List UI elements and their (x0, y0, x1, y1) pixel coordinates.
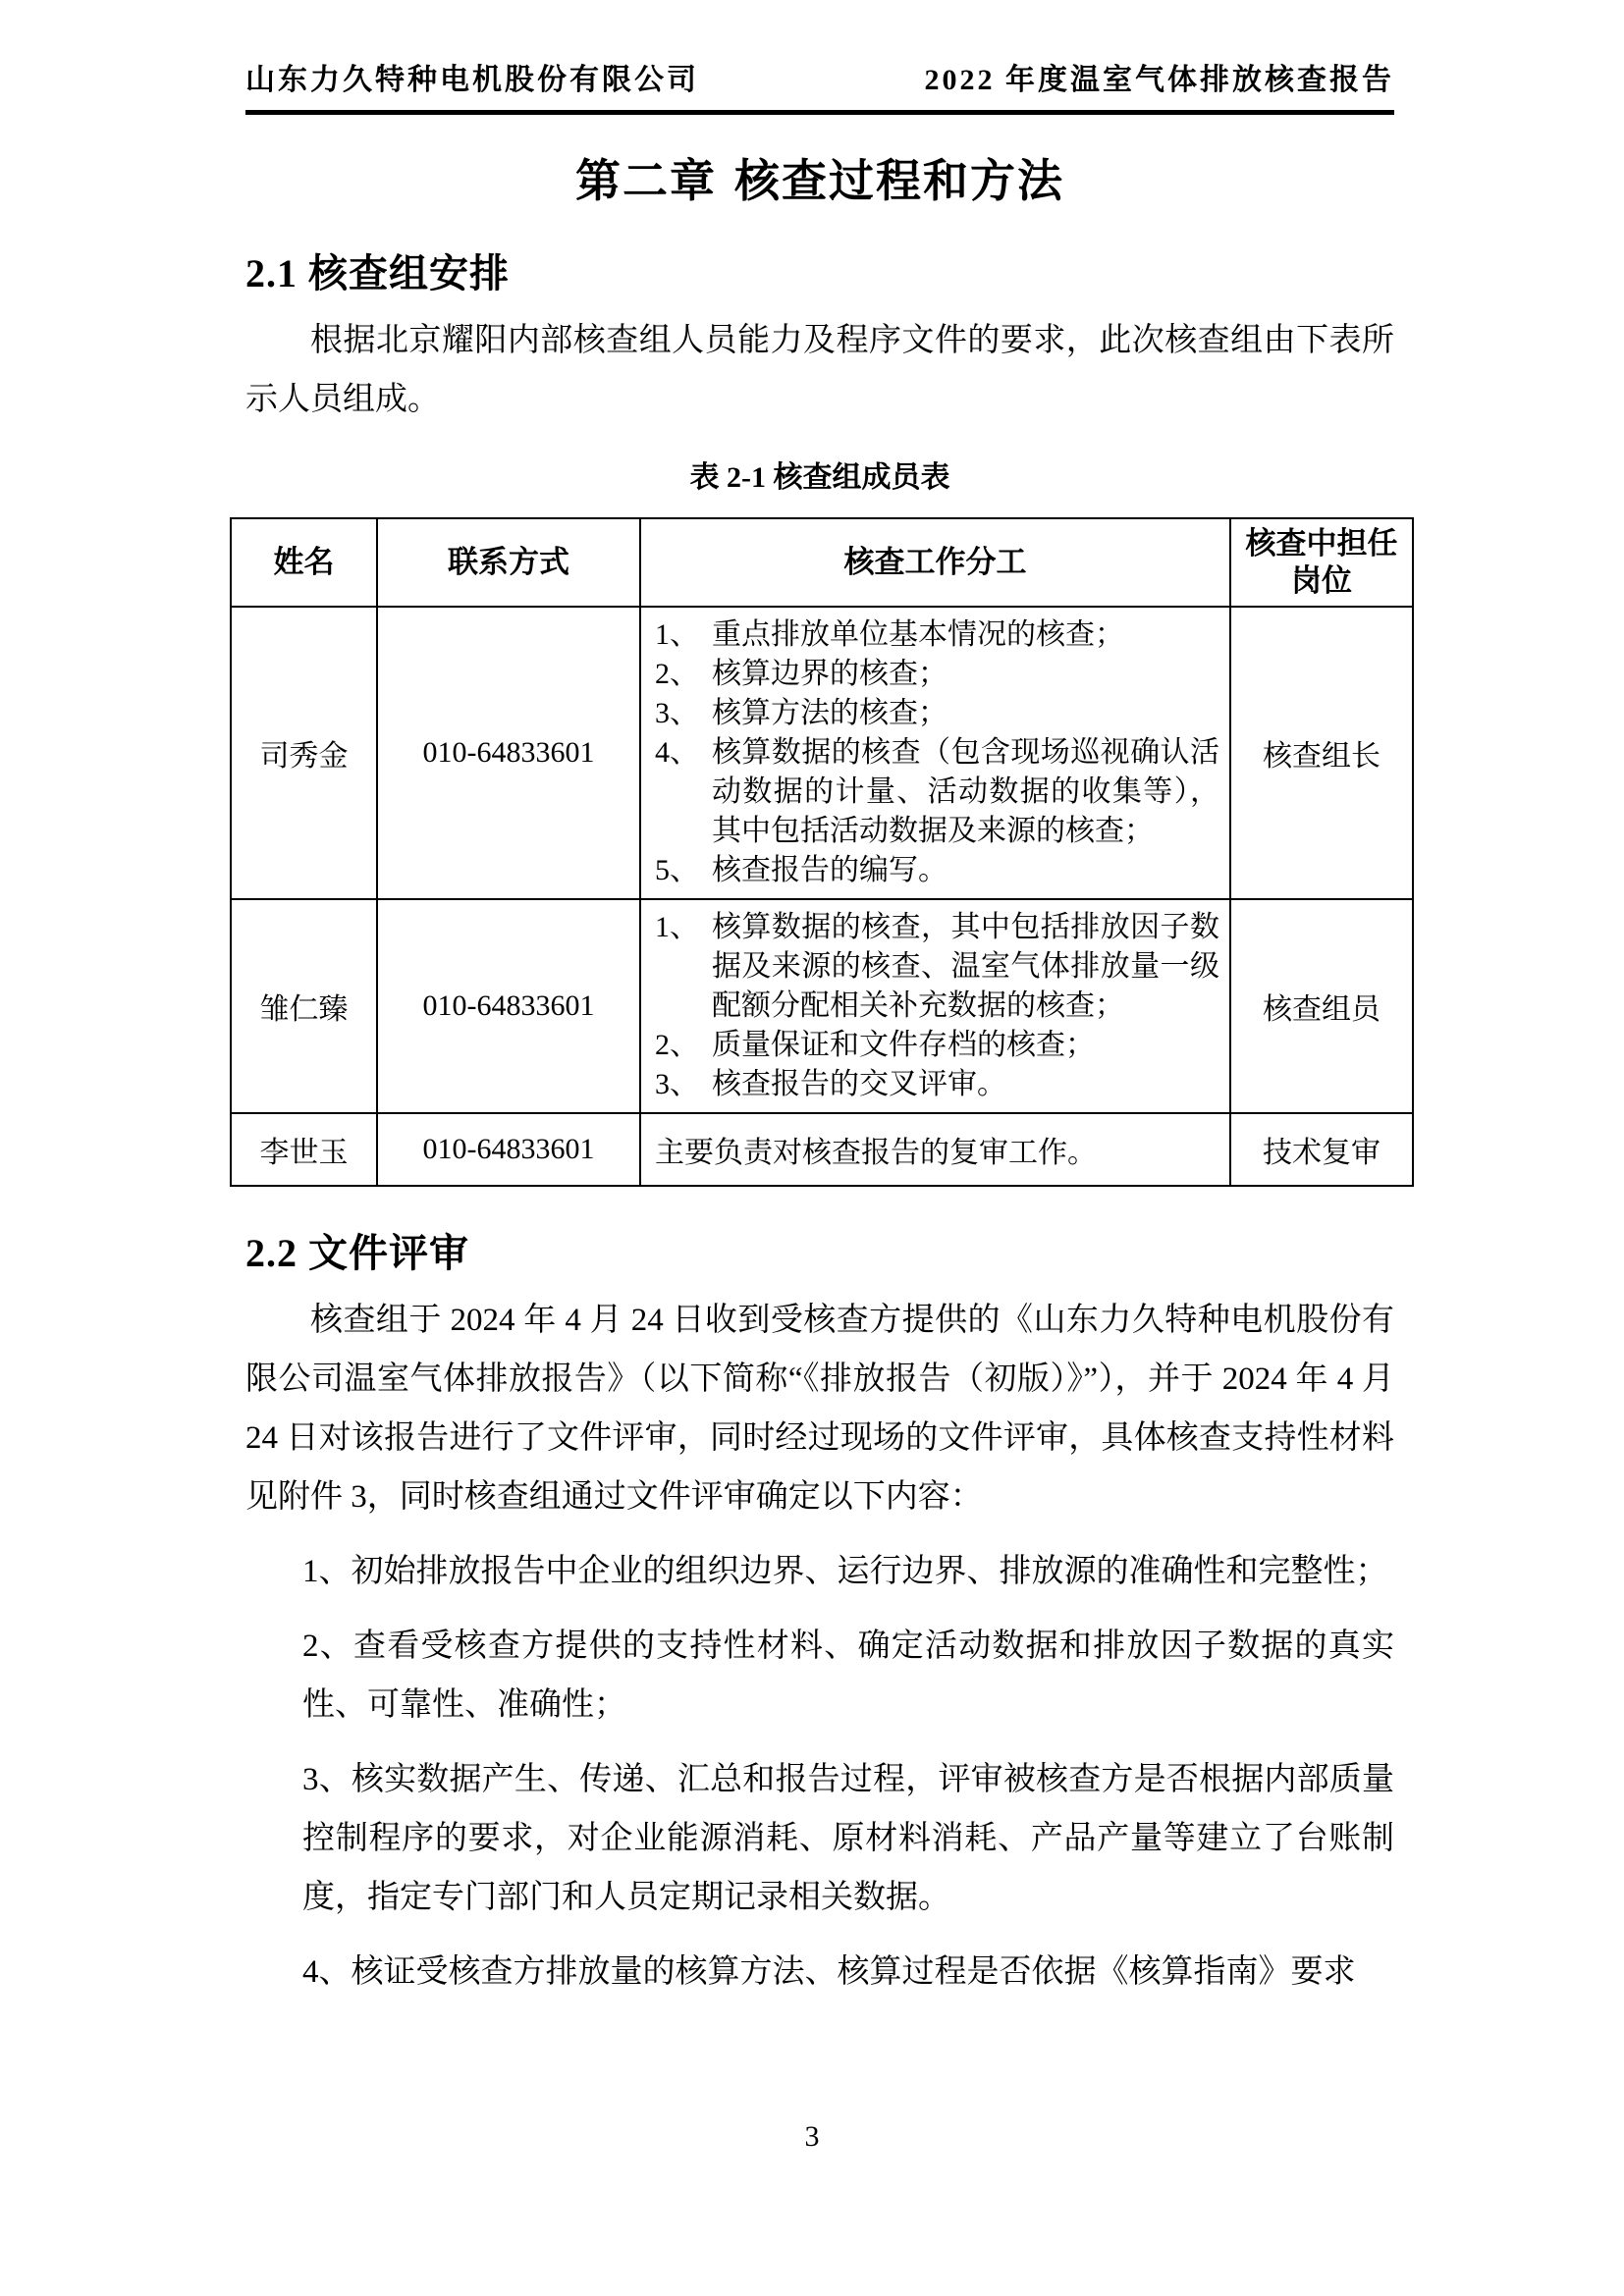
duty-item: 1、核算数据的核查，其中包括排放因子数据及来源的核查、温室气体排放量一级配额分配… (655, 908, 1219, 1026)
member-duties-cell: 主要负责对核查报告的复审工作。 (640, 1113, 1230, 1186)
duty-item: 4、核算数据的核查（包含现场巡视确认活动数据的计量、活动数据的收集等），其中包括… (655, 733, 1219, 851)
duty-item: 3、核算方法的核查； (655, 694, 1219, 733)
member-role-cell: 核查组长 (1230, 607, 1413, 899)
review-item-4: 4、核证受核查方排放量的核算方法、核算过程是否依据《核算指南》要求 (302, 1943, 1394, 2002)
duty-item: 1、重点排放单位基本情况的核查； (655, 615, 1219, 655)
duty-item: 2、质量保证和文件存档的核查； (655, 1026, 1219, 1065)
table-row: 李世玉010-64833601主要负责对核查报告的复审工作。技术复审 (231, 1113, 1413, 1186)
member-role-cell: 技术复审 (1230, 1113, 1413, 1186)
review-item-3: 3、核实数据产生、传递、汇总和报告过程，评审被核查方是否根据内部质量控制程序的要… (302, 1750, 1394, 1927)
header-company-name: 山东力久特种电机股份有限公司 (245, 55, 699, 98)
column-header-contact: 联系方式 (377, 518, 640, 607)
review-item-2: 2、查看受核查方提供的支持性材料、确定活动数据和排放因子数据的真实性、可靠性、准… (302, 1617, 1394, 1735)
table-row: 雏仁臻010-648336011、核算数据的核查，其中包括排放因子数据及来源的核… (231, 899, 1413, 1113)
duty-text: 核查报告的交叉评审。 (712, 1065, 1219, 1104)
duty-number: 2、 (655, 1026, 712, 1065)
member-name-cell: 李世玉 (231, 1113, 377, 1186)
members-table-body: 司秀金010-648336011、重点排放单位基本情况的核查；2、核算边界的核查… (231, 607, 1413, 1186)
member-name-cell: 雏仁臻 (231, 899, 377, 1113)
member-contact-cell: 010-64833601 (377, 899, 640, 1113)
members-table-head: 姓名 联系方式 核查工作分工 核查中担任岗位 (231, 518, 1413, 607)
column-header-duties: 核查工作分工 (640, 518, 1230, 607)
column-header-role: 核查中担任岗位 (1230, 518, 1413, 607)
review-item-1: 1、初始排放报告中企业的组织边界、运行边界、排放源的准确性和完整性； (302, 1542, 1394, 1601)
duty-number: 4、 (655, 733, 712, 851)
section-2-2-paragraph: 核查组于 2024 年 4 月 24 日收到受核查方提供的《山东力久特种电机股份… (245, 1291, 1394, 1526)
chapter-title: 第二章 核查过程和方法 (245, 154, 1394, 207)
member-duties-cell: 1、重点排放单位基本情况的核查；2、核算边界的核查；3、核算方法的核查；4、核算… (640, 607, 1230, 899)
duty-text: 核算数据的核查（包含现场巡视确认活动数据的计量、活动数据的收集等），其中包括活动… (712, 733, 1219, 851)
header-report-title: 2022 年度温室气体排放核查报告 (925, 55, 1395, 98)
member-contact-cell: 010-64833601 (377, 607, 640, 899)
section-heading-2-2: 2.2 文件评审 (245, 1230, 1394, 1277)
table-caption: 表 2-1 核查组成员表 (245, 458, 1394, 498)
page-number: 3 (0, 2120, 1624, 2154)
member-contact-cell: 010-64833601 (377, 1113, 640, 1186)
running-header: 山东力久特种电机股份有限公司 2022 年度温室气体排放核查报告 (245, 55, 1394, 115)
duty-number: 3、 (655, 694, 712, 733)
duty-item: 3、核查报告的交叉评审。 (655, 1065, 1219, 1104)
member-duties-cell: 1、核算数据的核查，其中包括排放因子数据及来源的核查、温室气体排放量一级配额分配… (640, 899, 1230, 1113)
document-page: 山东力久特种电机股份有限公司 2022 年度温室气体排放核查报告 第二章 核查过… (0, 0, 1624, 2296)
member-name-cell: 司秀金 (231, 607, 377, 899)
duty-text: 核算方法的核查； (712, 694, 1219, 733)
members-table: 姓名 联系方式 核查工作分工 核查中担任岗位 司秀金010-648336011、… (230, 517, 1414, 1187)
duty-number: 1、 (655, 615, 712, 655)
duty-number: 5、 (655, 851, 712, 890)
column-header-name: 姓名 (231, 518, 377, 607)
member-role-cell: 核查组员 (1230, 899, 1413, 1113)
duty-text: 核算边界的核查； (712, 655, 1219, 694)
duty-text: 核查报告的编写。 (712, 851, 1219, 890)
duty-text: 重点排放单位基本情况的核查； (712, 615, 1219, 655)
table-row: 司秀金010-648336011、重点排放单位基本情况的核查；2、核算边界的核查… (231, 607, 1413, 899)
section-2-1-paragraph: 根据北京耀阳内部核查组人员能力及程序文件的要求，此次核查组由下表所示人员组成。 (245, 311, 1394, 429)
duty-item: 2、核算边界的核查； (655, 655, 1219, 694)
duty-text: 质量保证和文件存档的核查； (712, 1026, 1219, 1065)
duty-number: 3、 (655, 1065, 712, 1104)
duty-number: 2、 (655, 655, 712, 694)
table-header-row: 姓名 联系方式 核查工作分工 核查中担任岗位 (231, 518, 1413, 607)
duty-item: 5、核查报告的编写。 (655, 851, 1219, 890)
duty-number: 1、 (655, 908, 712, 1026)
section-heading-2-1: 2.1 核查组安排 (245, 250, 1394, 297)
duty-text: 核算数据的核查，其中包括排放因子数据及来源的核查、温室气体排放量一级配额分配相关… (712, 908, 1219, 1026)
